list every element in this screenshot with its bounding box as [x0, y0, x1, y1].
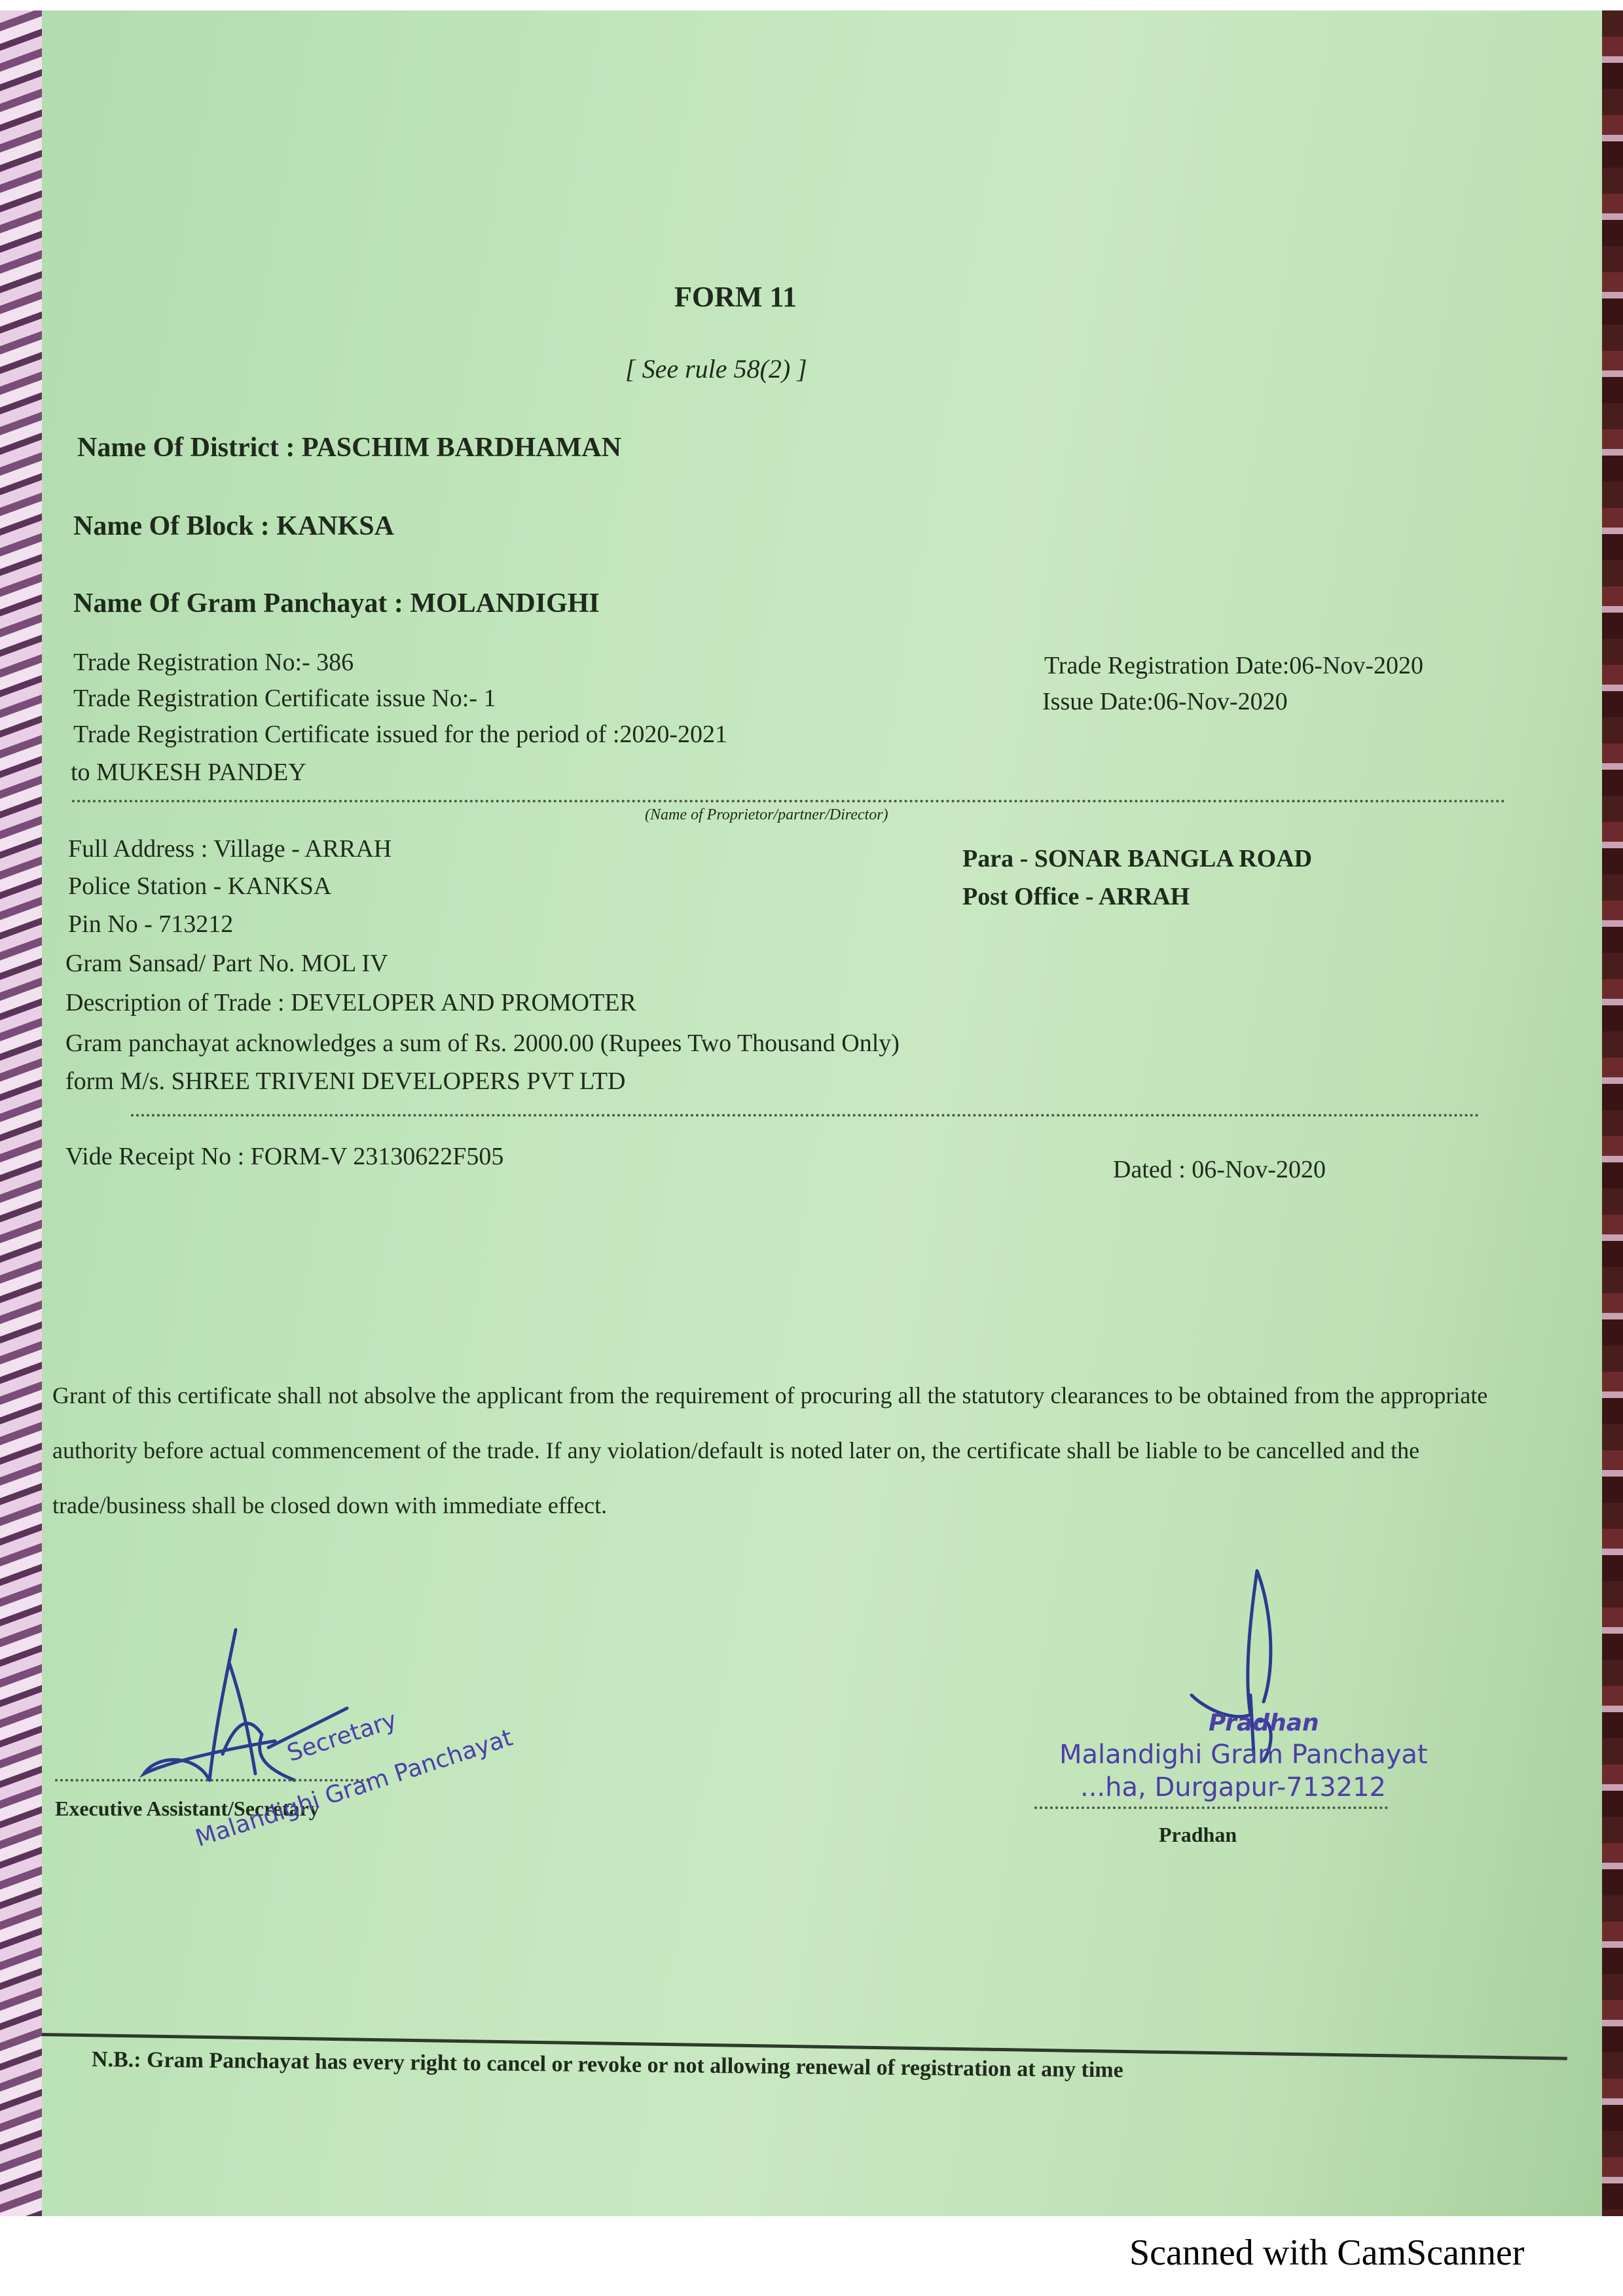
block-label: Name Of Block :	[73, 511, 270, 541]
police-station: Police Station - KANKSA	[68, 872, 331, 901]
gram-panchayat-label: Name Of Gram Panchayat :	[73, 588, 403, 619]
pradhan-stamp-line2: Malandighi Gram Panchayat	[1059, 1740, 1428, 1770]
trade-registration-date: Trade Registration Date:06-Nov-2020	[1044, 651, 1423, 680]
camscanner-watermark: Scanned with CamScanner	[1129, 2232, 1524, 2274]
trade-description: Description of Trade : DEVELOPER AND PRO…	[65, 988, 636, 1017]
separator-dotted-line	[131, 1114, 1480, 1117]
district-value: PASCHIM BARDHAMAN	[302, 433, 621, 463]
para: Para - SONAR BANGLA ROAD	[962, 844, 1312, 873]
gram-panchayat-value: MOLANDIGHI	[410, 588, 599, 619]
pradhan-title: Pradhan	[1159, 1823, 1237, 1847]
form-title: FORM 11	[674, 280, 797, 314]
issued-to: to MUKESH PANDEY	[71, 758, 306, 787]
district-label: Name Of District :	[77, 433, 295, 463]
rule-reference: [ See rule 58(2) ]	[625, 353, 807, 384]
district-line: Name Of District : PASCHIM BARDHAMAN	[77, 432, 621, 463]
receipt-dated: Dated : 06-Nov-2020	[1113, 1155, 1326, 1184]
gram-panchayat-line: Name Of Gram Panchayat : MOLANDIGHI	[73, 588, 600, 619]
pin-number: Pin No - 713212	[68, 910, 233, 939]
certificate-paper	[42, 10, 1602, 2216]
certificate-issue-no: Trade Registration Certificate issue No:…	[73, 684, 496, 713]
payment-acknowledgement: Gram panchayat acknowledges a sum of Rs.…	[65, 1029, 900, 1058]
proprietor-name-dotted-line	[72, 800, 1506, 802]
vide-receipt-no: Vide Receipt No : FORM-V 23130622F505	[65, 1142, 503, 1171]
certificate-period: Trade Registration Certificate issued fo…	[73, 720, 727, 749]
trade-registration-no: Trade Registration No:- 386	[73, 648, 354, 677]
block-value: KANKSA	[276, 511, 394, 541]
payment-from: form M/s. SHREE TRIVENI DEVELOPERS PVT L…	[65, 1067, 625, 1096]
pradhan-stamp-line1: Pradhan	[1209, 1710, 1319, 1736]
secretary-signature-line	[55, 1779, 369, 1782]
post-office: Post Office - ARRAH	[962, 882, 1190, 911]
disclaimer-paragraph: Grant of this certificate shall not abso…	[52, 1368, 1506, 1533]
background-fabric-left	[0, 10, 42, 2216]
proprietor-caption: (Name of Proprietor/partner/Director)	[645, 806, 888, 824]
gram-sansad: Gram Sansad/ Part No. MOL IV	[65, 949, 388, 978]
full-address: Full Address : Village - ARRAH	[68, 834, 392, 863]
background-fabric-right	[1602, 10, 1623, 2216]
pradhan-signature-line	[1034, 1806, 1388, 1809]
secretary-signature	[131, 1623, 367, 1793]
issue-date: Issue Date:06-Nov-2020	[1042, 687, 1288, 716]
pradhan-stamp-line3: ...ha, Durgapur-713212	[1080, 1772, 1386, 1803]
block-line: Name Of Block : KANKSA	[73, 511, 394, 542]
